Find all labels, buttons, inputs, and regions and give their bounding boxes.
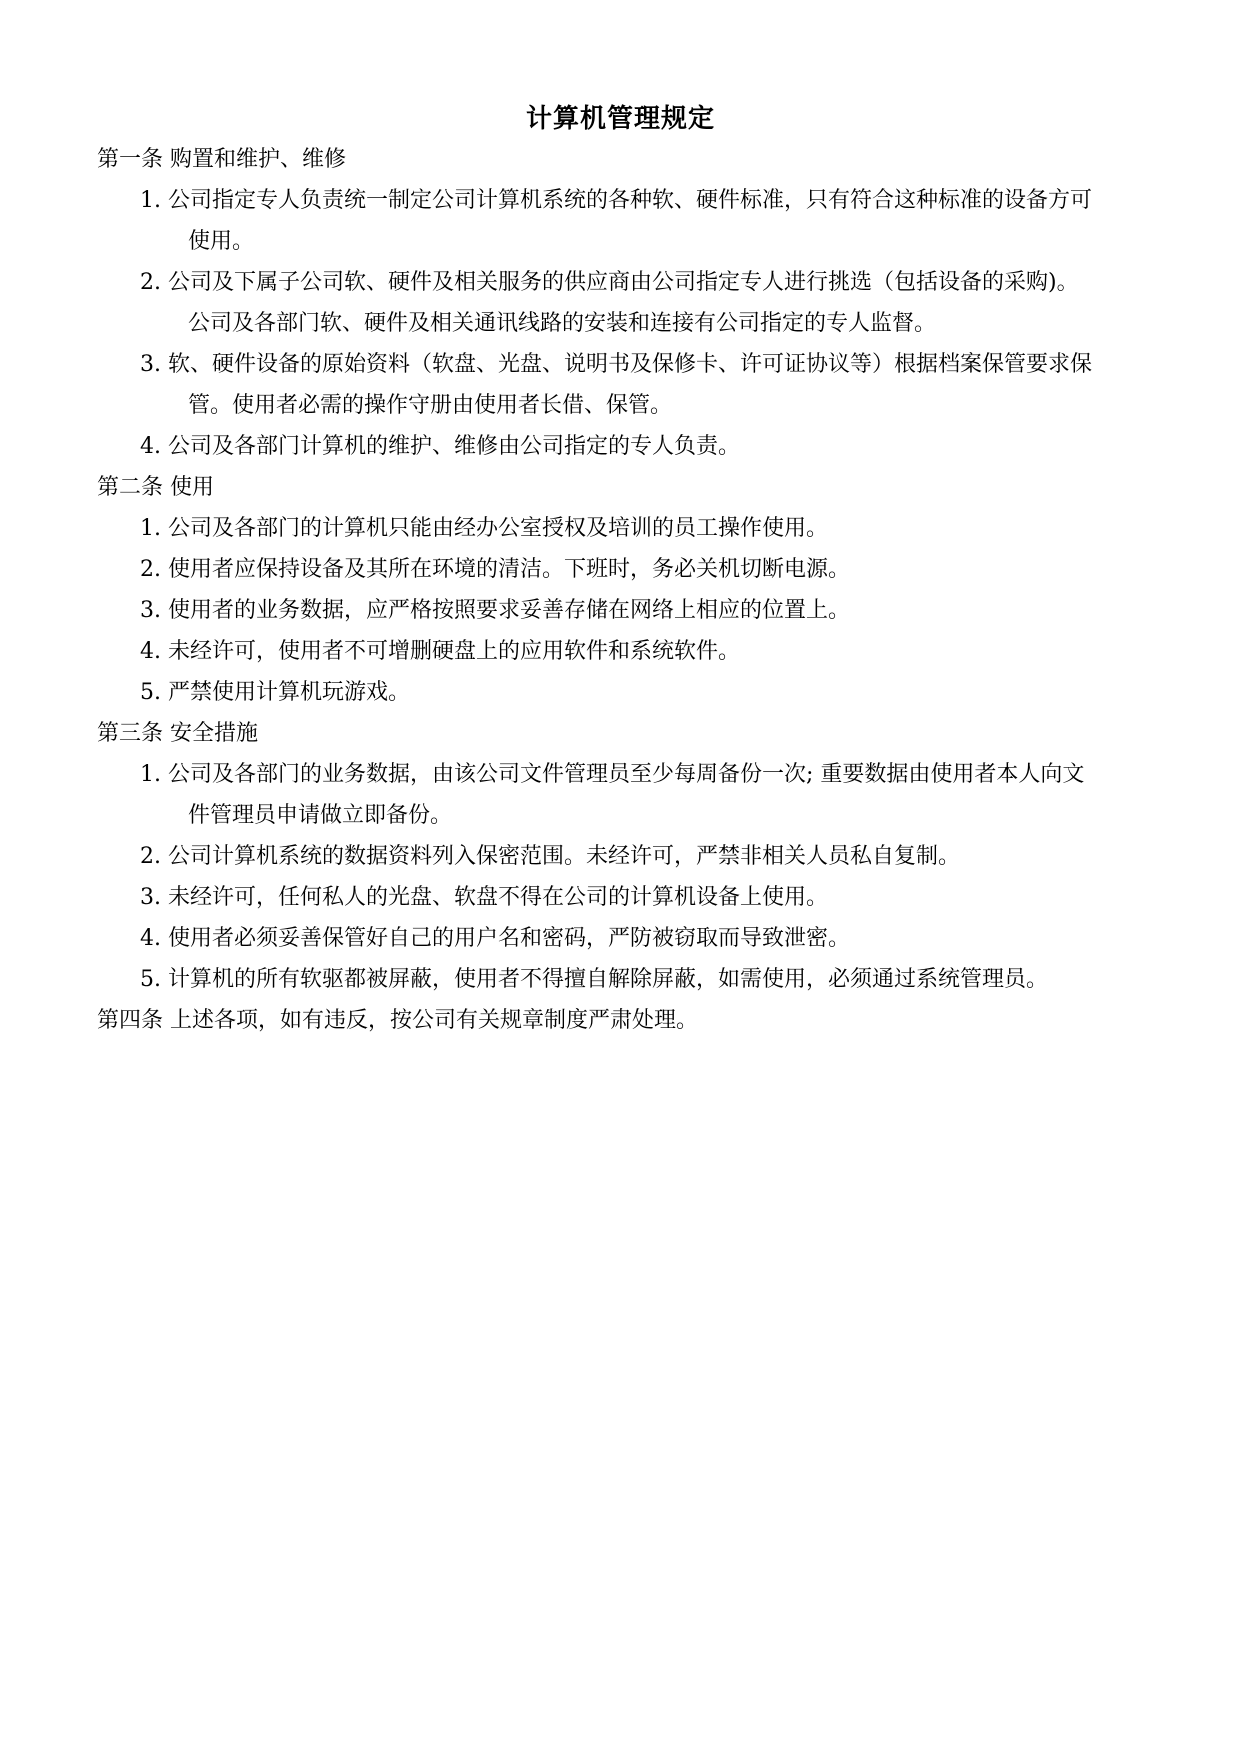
list-item-line: 件管理员申请做立即备份。 bbox=[188, 801, 452, 831]
list-item-line: 使用。 bbox=[188, 227, 254, 257]
list-item-line: 管。使用者必需的操作守册由使用者长借、保管。 bbox=[188, 391, 672, 421]
list-item-line: 公司计算机系统的数据资料列入保密范围。未经许可，严禁非相关人员私自复制。 bbox=[168, 842, 960, 872]
list-item-line: 使用者必须妥善保管好自己的用户名和密码，严防被窃取而导致泄密。 bbox=[168, 924, 850, 954]
item-number: 1. bbox=[140, 186, 161, 216]
item-number: 2. bbox=[140, 842, 161, 872]
list-item-line: 公司及各部门的计算机只能由经办公室授权及培训的员工操作使用。 bbox=[168, 514, 828, 544]
section-heading-3: 第三条 安全措施 bbox=[97, 719, 258, 749]
list-item-line: 未经许可，使用者不可增删硬盘上的应用软件和系统软件。 bbox=[168, 637, 740, 667]
item-number: 2. bbox=[140, 555, 161, 585]
item-number: 4. bbox=[140, 637, 161, 667]
list-item-line: 公司及下属子公司软、硬件及相关服务的供应商由公司指定专人进行挑选（包括设备的采购… bbox=[168, 268, 1079, 298]
item-number: 5. bbox=[140, 678, 161, 708]
document-page: 计算机管理规定 第一条 购置和维护、维修 1. 公司指定专人负责统一制定公司计算… bbox=[0, 0, 1241, 1754]
list-item-line: 公司指定专人负责统一制定公司计算机系统的各种软、硬件标准，只有符合这种标准的设备… bbox=[168, 186, 1092, 216]
item-number: 4. bbox=[140, 924, 161, 954]
item-number: 2. bbox=[140, 268, 161, 298]
item-number: 1. bbox=[140, 760, 161, 790]
list-item-line: 软、硬件设备的原始资料（软盘、光盘、说明书及保修卡、许可证协议等）根据档案保管要… bbox=[168, 350, 1092, 380]
list-item-line: 计算机的所有软驱都被屏蔽，使用者不得擅自解除屏蔽，如需使用，必须通过系统管理员。 bbox=[168, 965, 1048, 995]
item-number: 4. bbox=[140, 432, 161, 462]
list-item-line: 公司及各部门计算机的维护、维修由公司指定的专人负责。 bbox=[168, 432, 740, 462]
list-item-line: 严禁使用计算机玩游戏。 bbox=[168, 678, 410, 708]
list-item-line: 公司及各部门的业务数据，由该公司文件管理员至少每周备份一次; 重要数据由使用者本… bbox=[168, 760, 1084, 790]
section-heading-4: 第四条 上述各项，如有违反，按公司有关规章制度严肃处理。 bbox=[97, 1006, 698, 1036]
item-number: 3. bbox=[140, 883, 161, 913]
list-item-line: 使用者的业务数据，应严格按照要求妥善存储在网络上相应的位置上。 bbox=[168, 596, 850, 626]
item-number: 1. bbox=[140, 514, 161, 544]
list-item-line: 使用者应保持设备及其所在环境的清洁。下班时，务必关机切断电源。 bbox=[168, 555, 850, 585]
document-title: 计算机管理规定 bbox=[0, 101, 1241, 137]
section-heading-2: 第二条 使用 bbox=[97, 473, 214, 503]
list-item-line: 公司及各部门软、硬件及相关通讯线路的安装和连接有公司指定的专人监督。 bbox=[188, 309, 936, 339]
item-number: 5. bbox=[140, 965, 161, 995]
list-item-line: 未经许可，任何私人的光盘、软盘不得在公司的计算机设备上使用。 bbox=[168, 883, 828, 913]
section-heading-1: 第一条 购置和维护、维修 bbox=[97, 145, 346, 175]
item-number: 3. bbox=[140, 350, 161, 380]
item-number: 3. bbox=[140, 596, 161, 626]
